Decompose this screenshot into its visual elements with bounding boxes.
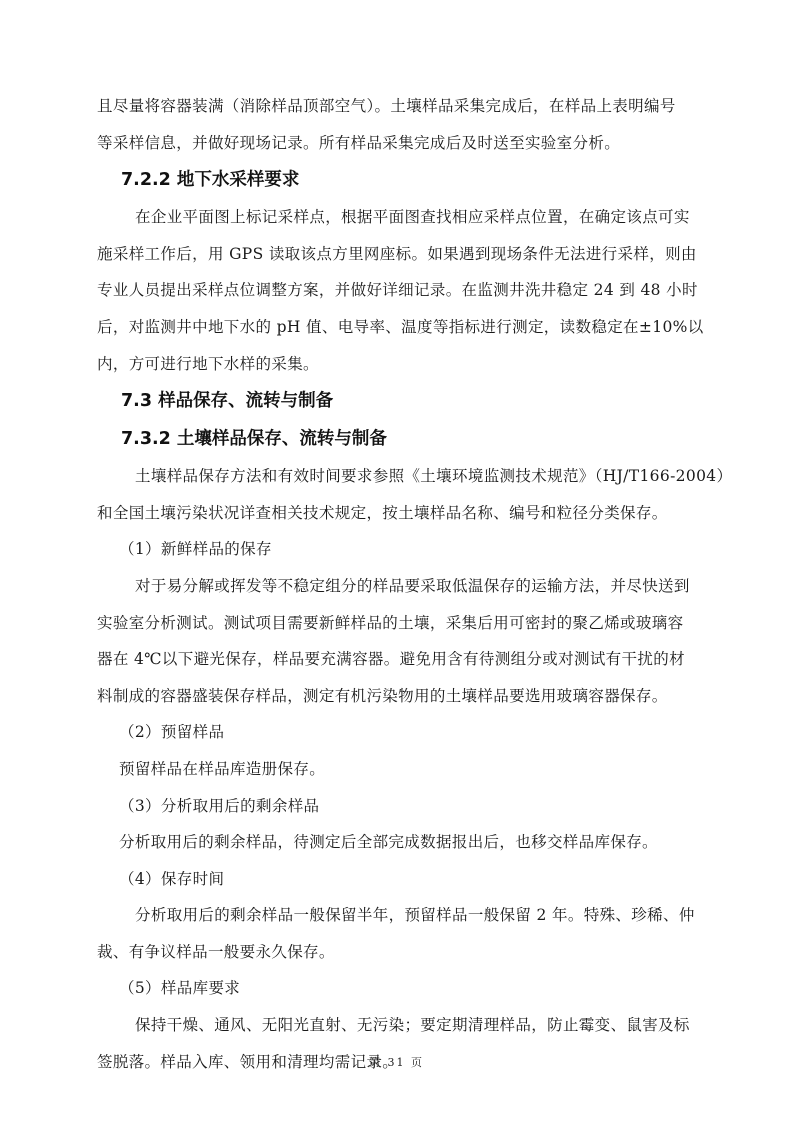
body-text-line: 后，对监测井中地下水的 pH 值、电导率、温度等指标进行测定，读数稳定在±10%… — [97, 309, 702, 346]
body-text-line: 施采样工作后，用 GPS 读取该点方里网座标。如果遇到现场条件无法进行采样，则由 — [97, 236, 702, 273]
body-text-line: 专业人员提出采样点位调整方案，并做好详细记录。在监测井洗井稳定 24 到 48 … — [97, 272, 702, 309]
section-heading-7-3-2: 7.3.2 土壤样品保存、流转与制备 — [97, 420, 702, 458]
body-text-line: 保持干燥、通风、无阳光直射、无污染；要定期清理样品，防止霉变、鼠害及标 — [97, 1007, 702, 1044]
body-text-line: 且尽量将容器装满（消除样品顶部空气）。土壤样品采集完成后，在样品上表明编号 — [97, 88, 702, 125]
body-text-line: 等采样信息，并做好现场记录。所有样品采集完成后及时送至实验室分析。 — [97, 125, 702, 162]
item-title: （2）预留样品 — [97, 714, 702, 751]
section-heading-7-2-2: 7.2.2 地下水采样要求 — [97, 161, 702, 199]
body-text-line: 土壤样品保存方法和有效时间要求参照《土壤环境监测技术规范》（HJ/T166-20… — [97, 458, 702, 495]
item-title: （1）新鲜样品的保存 — [97, 531, 702, 568]
body-text-line: 料制成的容器盛装保存样品，测定有机污染物用的土壤样品要选用玻璃容器保存。 — [97, 678, 702, 715]
section-heading-7-3: 7.3 样品保存、流转与制备 — [97, 382, 702, 420]
body-text-line: 实验室分析测试。测试项目需要新鲜样品的土壤，采集后用可密封的聚乙烯或玻璃容 — [97, 605, 702, 642]
body-text-line: 和全国土壤污染状况详查相关技术规定，按土壤样品名称、编号和粒径分类保存。 — [97, 495, 702, 532]
item-title: （5）样品库要求 — [97, 970, 702, 1007]
body-text-line: 预留样品在样品库造册保存。 — [97, 751, 702, 788]
body-text-line: 分析取用后的剩余样品，待测定后全部完成数据报出后，也移交样品库保存。 — [97, 824, 702, 861]
body-text-line: 内，方可进行地下水样的采集。 — [97, 346, 702, 383]
body-text-line: 裁、有争议样品一般要永久保存。 — [97, 934, 702, 971]
page-number: 第 31 页 — [0, 1054, 793, 1070]
body-text-line: 器在 4℃以下避光保存，样品要充满容器。避免用含有待测组分或对测试有干扰的材 — [97, 641, 702, 678]
item-title: （3）分析取用后的剩余样品 — [97, 788, 702, 825]
item-title: （4）保存时间 — [97, 861, 702, 898]
body-text-line: 对于易分解或挥发等不稳定组分的样品要采取低温保存的运输方法，并尽快送到 — [97, 568, 702, 605]
body-text-line: 在企业平面图上标记采样点，根据平面图查找相应采样点位置，在确定该点可实 — [97, 199, 702, 236]
body-text-line: 分析取用后的剩余样品一般保留半年，预留样品一般保留 2 年。特殊、珍稀、仲 — [97, 897, 702, 934]
document-page: 且尽量将容器装满（消除样品顶部空气）。土壤样品采集完成后，在样品上表明编号 等采… — [97, 88, 702, 1080]
